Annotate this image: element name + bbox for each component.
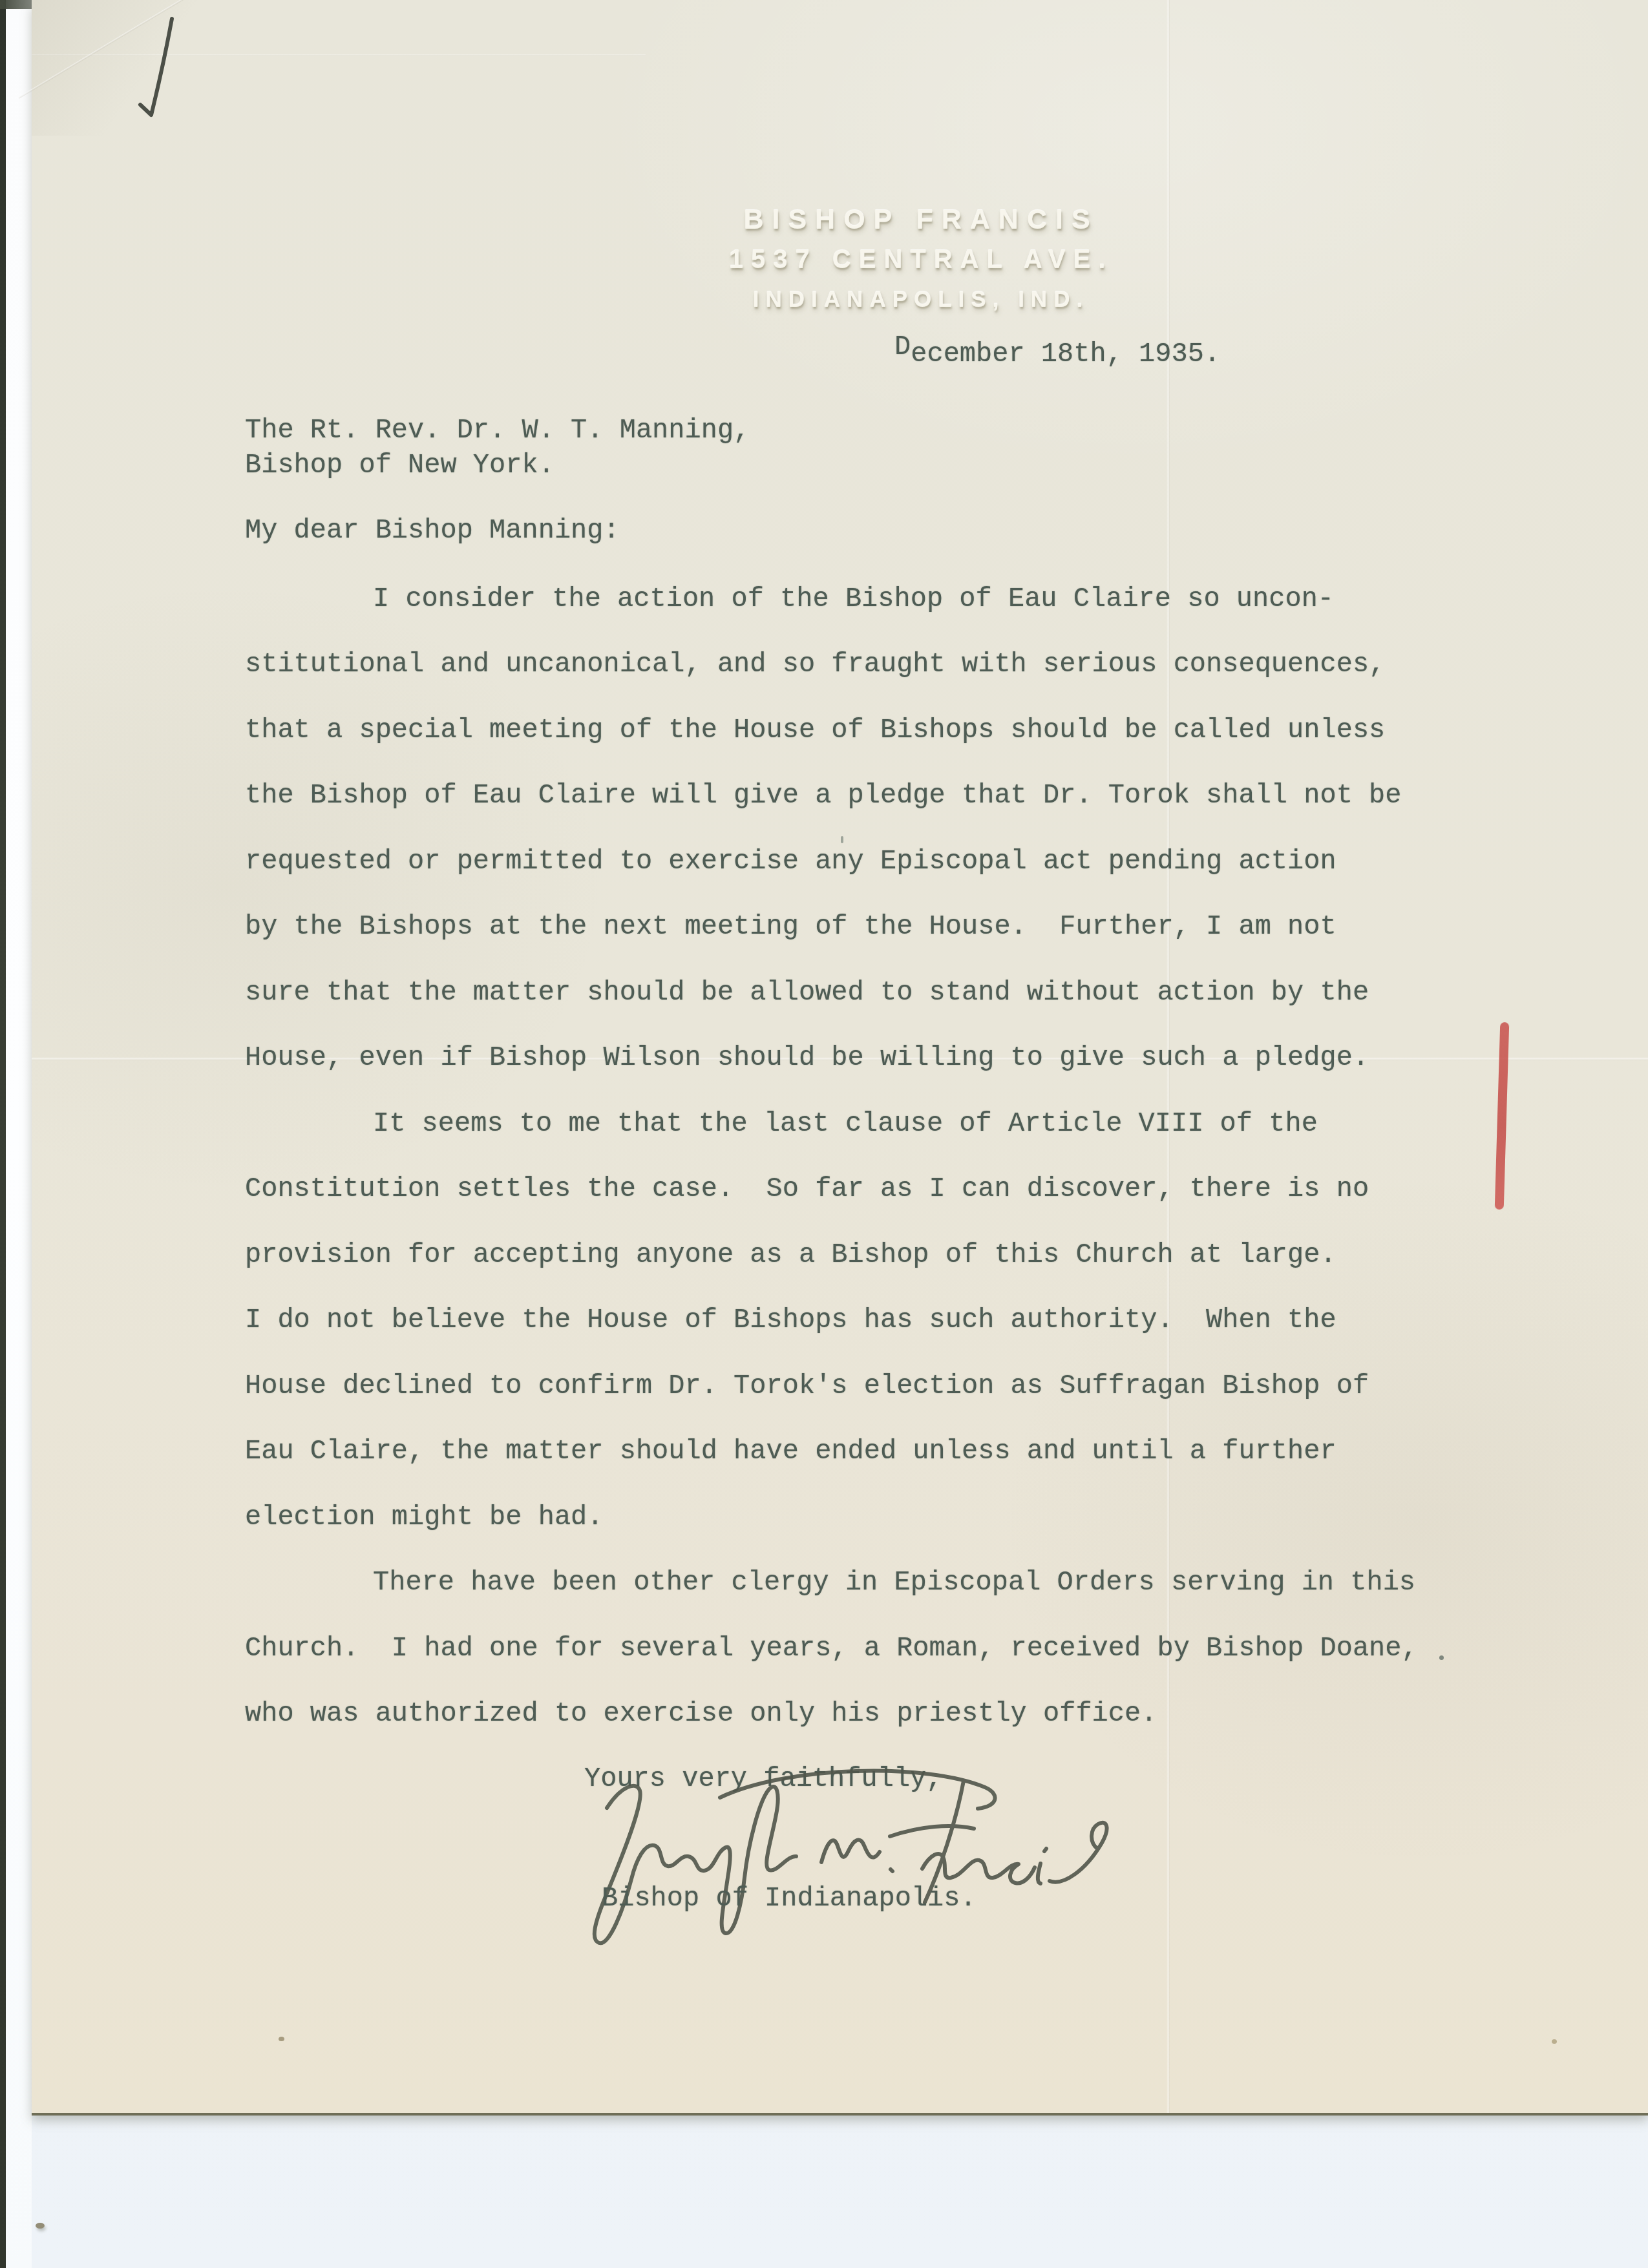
body-line: House, even if Bishop Wilson should be w…	[245, 1041, 1369, 1075]
body-line: I do not believe the House of Bishops ha…	[245, 1303, 1336, 1337]
paper-speck	[279, 2037, 284, 2041]
body-line: Church. I had one for several years, a R…	[245, 1632, 1418, 1665]
body-line: provision for accepting anyone as a Bish…	[245, 1238, 1336, 1272]
body-line: House declined to confirm Dr. Torok's el…	[245, 1369, 1369, 1403]
body-line: I consider the action of the Bishop of E…	[245, 582, 1334, 616]
letter-paper: BISHOP FRANCIS 1537 CENTRAL AVE. INDIANA…	[32, 0, 1648, 2113]
scanner-bed-strip	[6, 0, 32, 2268]
body-line: stitutional and uncanonical, and so frau…	[245, 647, 1385, 681]
recipient-line-1: The Rt. Rev. Dr. W. T. Manning,	[245, 414, 750, 447]
body-line: the Bishop of Eau Claire will give a ple…	[245, 779, 1402, 812]
date-line: December 18th, 1935.	[894, 337, 1220, 371]
scanner-bed-speck	[36, 2223, 45, 2229]
body-line: that a special meeting of the House of B…	[245, 713, 1385, 747]
signature-joseph-m-francis	[568, 1732, 1201, 1971]
body-line: Constitution settles the case. So far as…	[245, 1172, 1369, 1206]
date-raised-initial: D	[894, 331, 911, 362]
letterhead-name: BISHOP FRANCIS	[565, 204, 1276, 236]
stray-ink-dot	[1439, 1655, 1444, 1660]
paper-speck	[1552, 2039, 1557, 2044]
letterhead-address: 1537 CENTRAL AVE.	[565, 246, 1276, 275]
signature-title: Bishop of Indianapolis.	[602, 1882, 977, 1915]
body-line: requested or permitted to exercise any E…	[245, 845, 1336, 878]
body-line: who was authorized to exercise only his …	[245, 1697, 1157, 1730]
scanner-edge-dark-line	[0, 0, 6, 2268]
date-text: ecember 18th, 1935.	[911, 339, 1220, 370]
body-line: There have been other clergy in Episcopa…	[245, 1566, 1415, 1599]
pencil-checkmark-icon	[129, 10, 190, 127]
body-line: Eau Claire, the matter should have ended…	[245, 1434, 1336, 1468]
body-line: sure that the matter should be allowed t…	[245, 976, 1369, 1009]
red-margin-mark	[1495, 1022, 1510, 1210]
stray-apostrophe-mark	[841, 836, 843, 843]
body-line: by the Bishops at the next meeting of th…	[245, 910, 1336, 943]
letterhead-city: INDIANAPOLIS, IND.	[565, 287, 1276, 313]
body-line: election might be had.	[245, 1500, 604, 1534]
recipient-line-2: Bishop of New York.	[245, 448, 555, 482]
body-line: It seems to me that the last clause of A…	[245, 1107, 1318, 1140]
scanned-letter-page: BISHOP FRANCIS 1537 CENTRAL AVE. INDIANA…	[0, 0, 1648, 2268]
salutation: My dear Bishop Manning:	[245, 514, 620, 547]
